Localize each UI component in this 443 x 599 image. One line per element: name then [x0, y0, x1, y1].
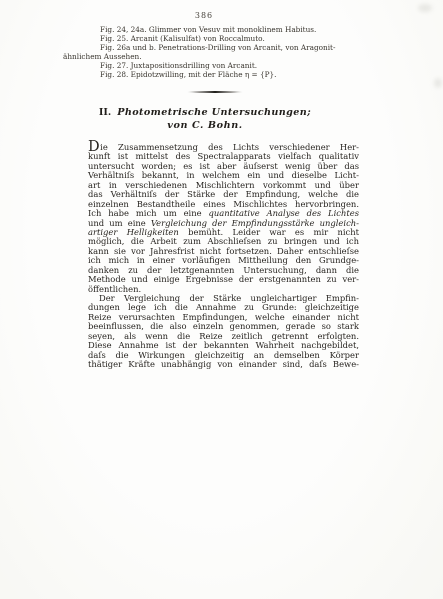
text-run: thätiger Kräfte unabhängig von einander … [88, 359, 359, 369]
paragraph: Die Zusammensetzung des Lichts verschied… [88, 143, 359, 294]
initial-capital: D [88, 139, 100, 155]
text-line: thätiger Kräfte unabhängig von einander … [88, 360, 359, 369]
figure-caption-line: Fig. 28. Epidotzwilling, mit der Fläche … [63, 71, 349, 80]
scan-smudge [418, 4, 432, 12]
article-body: Die Zusammensetzung des Lichts verschied… [88, 143, 359, 370]
section-numeral: II. [99, 107, 111, 118]
page-number: 386 [63, 11, 345, 20]
section-byline: von C. Bohn. [63, 119, 347, 132]
scanned-page: 386 Fig. 24, 24a. Glimmer von Vesuv mit … [0, 0, 443, 599]
section-heading-title-line: II.Photometrische Untersuchungen; [63, 106, 347, 119]
scan-smudge [434, 78, 442, 88]
section-heading: II.Photometrische Untersuchungen; von C.… [63, 106, 347, 132]
section-title: Photometrische Untersuchungen; [117, 107, 311, 118]
section-divider-rule [187, 91, 243, 93]
paragraph: Der Vergleichung der Stärke ungleicharti… [88, 294, 359, 370]
figure-caption-list: Fig. 24, 24a. Glimmer von Vesuv mit mono… [63, 26, 349, 79]
